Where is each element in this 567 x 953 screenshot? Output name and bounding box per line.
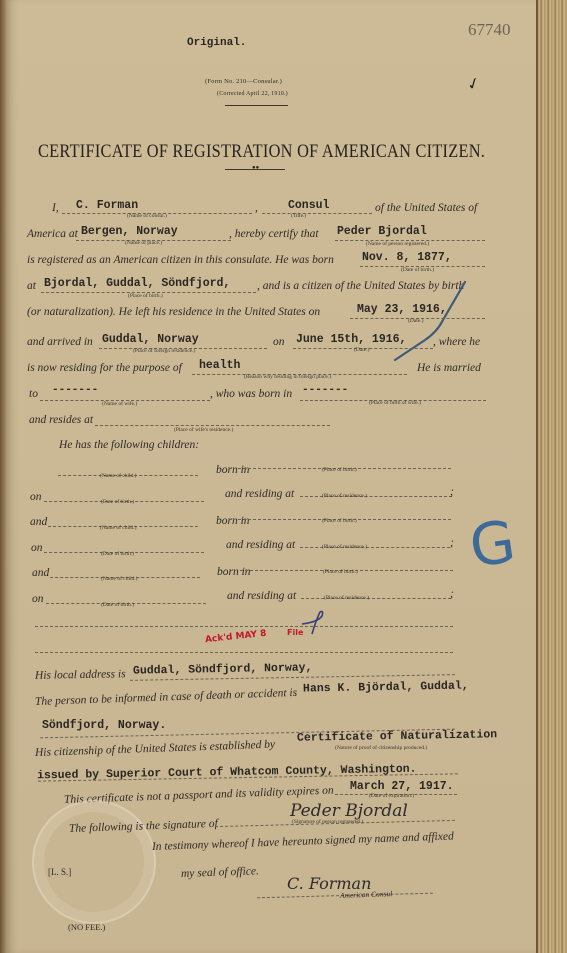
child1-dob-caption: (Date of birth.) xyxy=(101,499,134,505)
consul-name-caption: (Name of consul.) xyxy=(127,213,167,219)
line6-prefix: and arrived in xyxy=(27,336,93,348)
child2-born-in: born in xyxy=(216,515,250,527)
blank-line-2 xyxy=(35,652,453,653)
child3-birthplace-caption: (Place of birth.) xyxy=(323,569,358,575)
form-corrected-date: (Corrected April 22, 1910.) xyxy=(217,91,288,97)
consul-title-caption: (Title.) xyxy=(291,213,306,219)
child2-residing: and residing at xyxy=(226,539,295,551)
emergency-contact-field-2: Söndfjord, Norway. xyxy=(42,719,166,732)
line4-prefix: at xyxy=(27,280,36,292)
seal-label: [L. S.] xyxy=(48,867,71,877)
child2-lead: and xyxy=(30,516,47,528)
registered-person-field: Peder Bjordal xyxy=(337,225,427,238)
child1-residing: and residing at xyxy=(225,488,294,500)
file-pencil-mark xyxy=(298,608,328,638)
registrant-signature: Peder Bjordal xyxy=(290,801,408,821)
children-intro: He has the following children: xyxy=(59,439,199,451)
local-address-prefix: His local address is xyxy=(35,668,126,682)
arrival-place-caption: (Place of foreign residence.) xyxy=(133,348,195,354)
line7-suffix: He is married xyxy=(417,362,481,374)
title-ornament-dots: ●● xyxy=(252,165,259,171)
date-of-birth-field: Nov. 8, 1877, xyxy=(362,251,452,264)
consul-title-field: Consul xyxy=(288,199,329,212)
child3-residence-caption: (Place of residence.) xyxy=(324,595,369,601)
wife-birthplace-field: ------- xyxy=(302,384,348,396)
child1-birthplace-caption: (Place of birth.) xyxy=(322,467,357,473)
copy-label: Original. xyxy=(187,37,246,49)
line1-prefix: I, xyxy=(52,202,59,214)
wife-residence-caption: (Place of wife's residence.) xyxy=(174,427,233,433)
semicolon: ; xyxy=(450,486,454,498)
purpose-caption: (Reason why residing in foreign place.) xyxy=(244,374,331,380)
line8-prefix: to xyxy=(29,388,38,400)
child2-birthplace-caption: (Place of birth.) xyxy=(322,518,357,524)
child2-dob-caption: (Date of birth.) xyxy=(101,551,134,557)
line3-text: is registered as an American citizen in … xyxy=(27,254,334,266)
date-left-caption: (Date.) xyxy=(408,318,423,324)
consul-name-field: C. Forman xyxy=(76,199,138,212)
child2-on: on xyxy=(31,542,43,554)
child2-residence-caption: (Place of residence.) xyxy=(322,544,367,550)
child3-dob-caption: (Date of birth.) xyxy=(101,602,134,608)
document-title: CERTIFICATE OF REGISTRATION OF AMERICAN … xyxy=(38,141,485,163)
arrival-date-field: June 15th, 1916, xyxy=(296,333,406,346)
birthplace-caption: (Place of birth.) xyxy=(128,293,163,299)
child1-on: on xyxy=(30,491,42,503)
wife-residence-line xyxy=(95,425,330,426)
semicolon: ; xyxy=(450,588,454,600)
pencil-g-mark: G xyxy=(465,507,519,581)
expiration-caption: (Date of expiration.) xyxy=(369,793,414,799)
dob-caption: (Date of birth.) xyxy=(401,267,434,273)
line6-on: on xyxy=(273,336,285,348)
wife-name-field: ------- xyxy=(52,384,98,396)
child3-on: on xyxy=(32,593,44,605)
line2-middle: , hereby certify that xyxy=(229,228,319,240)
semicolon: ; xyxy=(450,537,454,549)
line2-prefix: America at xyxy=(27,228,78,240)
arrival-place-field: Guddal, Norway xyxy=(102,333,199,346)
header-rule xyxy=(225,105,288,106)
child3-name-caption: (Name of child.) xyxy=(101,576,138,582)
wife-name-caption: (Name of wife.) xyxy=(102,401,137,407)
expiration-date-field: March 27, 1917. xyxy=(350,780,454,793)
consul-signature-caption: American Consul xyxy=(340,889,393,900)
pencil-slash-mark xyxy=(385,280,475,365)
birthplace-field: Bjordal, Guddal, Söndfjord, xyxy=(44,277,230,290)
place-caption: (Name of place.) xyxy=(125,240,162,246)
citizenship-proof-caption: (Nature of proof of citizenship produced… xyxy=(335,745,427,751)
person-caption: (Name of person registered.) xyxy=(366,241,429,247)
child3-lead: and xyxy=(32,567,49,579)
book-page-edges xyxy=(538,0,567,953)
signature-caption: (Signature of person registered.) xyxy=(292,819,363,825)
line9-prefix: and resides at xyxy=(29,414,93,426)
line6-suffix: , where he xyxy=(433,336,480,348)
line1-suffix: of the United States of xyxy=(375,202,477,214)
consul-place-field: Bergen, Norway xyxy=(81,225,178,238)
wife-birthplace-caption: (Place of birth of wife.) xyxy=(369,400,421,406)
blank-line-1 xyxy=(35,626,453,627)
file-number: 67740 xyxy=(468,20,511,40)
fee-note: (NO FEE.) xyxy=(68,922,105,932)
arrival-date-caption: (Date.) xyxy=(354,347,369,353)
child2-name-caption: (Name of child.) xyxy=(100,525,137,531)
embossed-seal xyxy=(32,800,156,924)
line7-prefix: is now residing for the purpose of xyxy=(27,362,182,374)
line8-middle: , who was born in xyxy=(210,388,292,400)
line5-text: (or naturalization). He left his residen… xyxy=(27,306,320,318)
purpose-field: health xyxy=(199,359,240,372)
consul-title-line xyxy=(262,213,372,214)
child1-residence-caption: (Place of residence.) xyxy=(322,493,367,499)
date-left-us-field: May 23, 1916, xyxy=(357,303,447,316)
child1-born-in: born in xyxy=(216,464,250,476)
form-number: (Form No. 210—Consular.) xyxy=(205,78,282,85)
child3-born-in: born in xyxy=(217,566,251,578)
child1-name-caption: (Name of child.) xyxy=(100,473,137,479)
child3-residing: and residing at xyxy=(227,590,296,602)
comma: , xyxy=(255,202,258,214)
